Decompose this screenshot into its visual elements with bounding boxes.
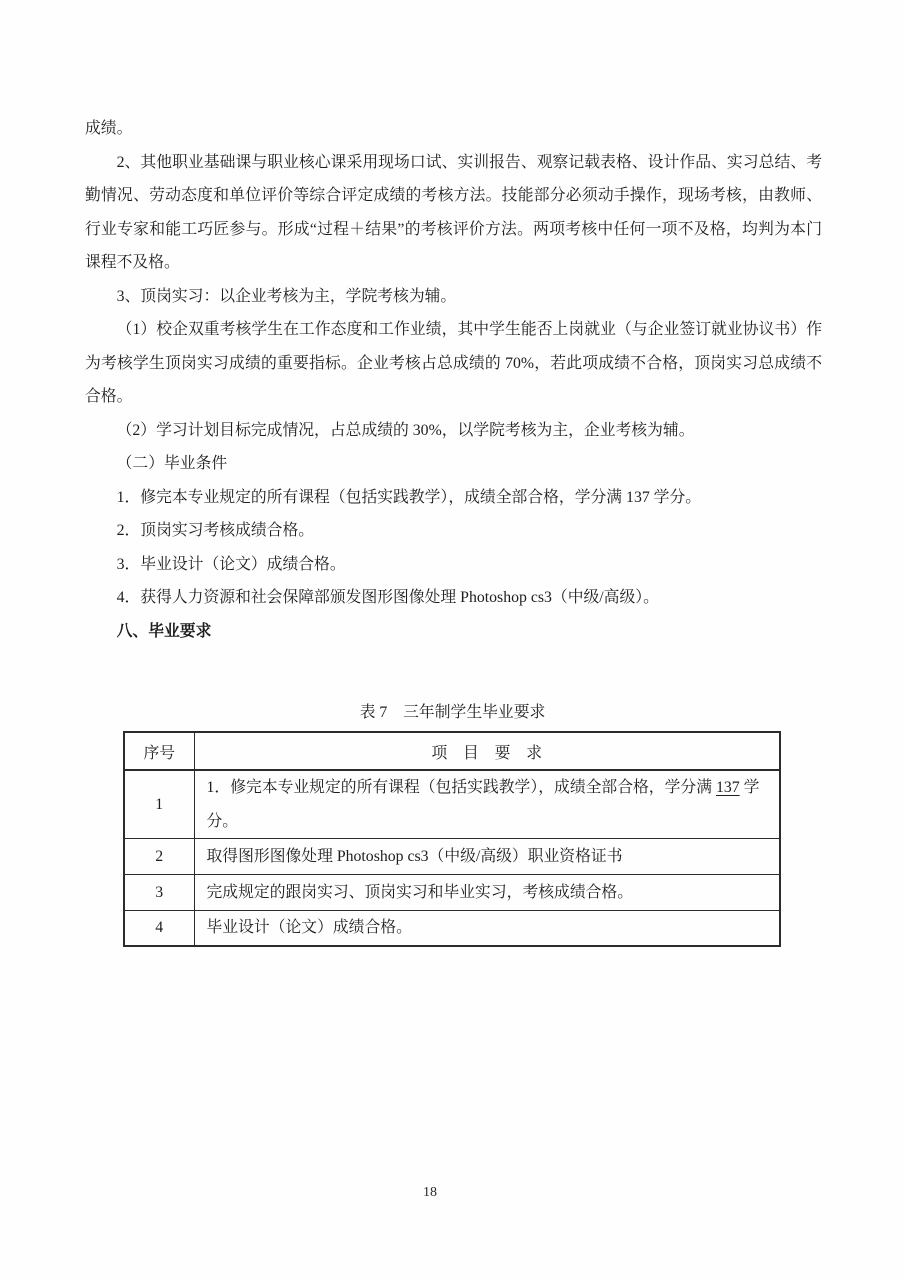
row-number-cell: 4 [124, 911, 194, 946]
table-row: 4 毕业设计（论文）成绩合格。 [124, 911, 780, 946]
paragraph-study-plan: （2）学习计划目标完成情况，占总成绩的 30%，以学院考核为主，企业考核为辅。 [85, 414, 822, 448]
paragraph-condition-1: 1．修完本专业规定的所有课程（包括实践教学），成绩全部合格，学分满 137 学分… [85, 481, 822, 515]
requirement-cell: 完成规定的跟岗实习、顶岗实习和毕业实习，考核成绩合格。 [194, 875, 780, 911]
table-row: 2 取得图形图像处理 Photoshop cs3（中级/高级）职业资格证书 [124, 839, 780, 875]
requirement-cell: 毕业设计（论文）成绩合格。 [194, 911, 780, 946]
paragraph-internship-assessment: 3、顶岗实习：以企业考核为主，学院考核为辅。 [85, 280, 822, 314]
requirement-text-before: 1．修完本专业规定的所有课程（包括实践教学），成绩全部合格，学分满 [207, 779, 716, 796]
paragraph-graduation-conditions-title: （二）毕业条件 [85, 447, 822, 481]
paragraph-condition-2: 2．顶岗实习考核成绩合格。 [85, 514, 822, 548]
table-header-row: 序号 项 目 要 求 [124, 732, 780, 770]
requirement-cell: 1．修完本专业规定的所有课程（包括实践教学），成绩全部合格，学分满 137 学分… [194, 770, 780, 839]
page-number: 18 [0, 1183, 860, 1203]
row-number-cell: 2 [124, 839, 194, 875]
table-row: 3 完成规定的跟岗实习、顶岗实习和毕业实习，考核成绩合格。 [124, 875, 780, 911]
paragraph-continuation: 成绩。 [85, 112, 822, 146]
underlined-credits: 137 [716, 779, 740, 796]
row-number-cell: 3 [124, 875, 194, 911]
paragraph-enterprise-assessment: （1）校企双重考核学生在工作态度和工作业绩，其中学生能否上岗就业（与企业签订就业… [85, 313, 822, 414]
paragraph-condition-3: 3．毕业设计（论文）成绩合格。 [85, 548, 822, 582]
paragraph-assessment-methods: 2、其他职业基础课与职业核心课采用现场口试、实训报告、观察记载表格、设计作品、实… [85, 146, 822, 280]
document-page: 成绩。 2、其他职业基础课与职业核心课采用现场口试、实训报告、观察记载表格、设计… [0, 0, 905, 1280]
body-text: 成绩。 2、其他职业基础课与职业核心课采用现场口试、实训报告、观察记载表格、设计… [85, 112, 822, 648]
table-caption: 表 7 三年制学生毕业要求 [0, 696, 905, 730]
requirement-cell: 取得图形图像处理 Photoshop cs3（中级/高级）职业资格证书 [194, 839, 780, 875]
section-heading: 八、毕业要求 [85, 615, 822, 649]
row-number-cell: 1 [124, 770, 194, 839]
paragraph-condition-4: 4．获得人力资源和社会保障部颁发图形图像处理 Photoshop cs3（中级/… [85, 581, 822, 615]
graduation-requirements-table: 序号 项 目 要 求 1 1．修完本专业规定的所有课程（包括实践教学），成绩全部… [123, 731, 781, 947]
table-header-requirement: 项 目 要 求 [194, 732, 780, 770]
table-row: 1 1．修完本专业规定的所有课程（包括实践教学），成绩全部合格，学分满 137 … [124, 770, 780, 839]
table-header-serial: 序号 [124, 732, 194, 770]
